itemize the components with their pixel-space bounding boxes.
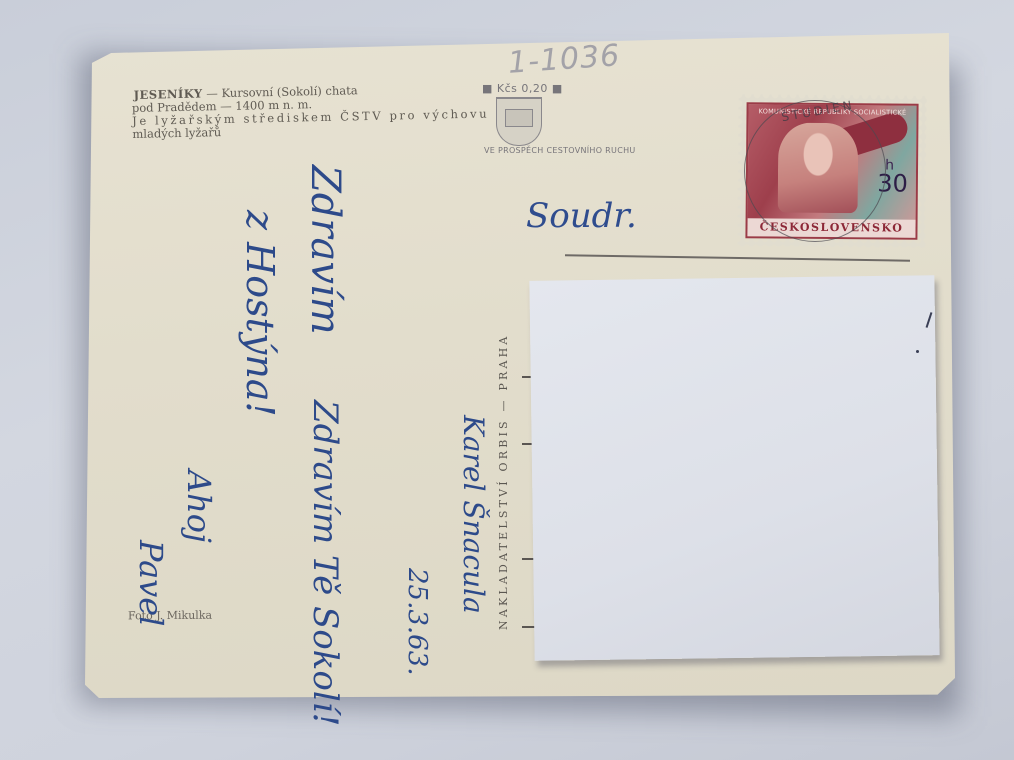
handwritten-line-2: z Hostýna!: [238, 210, 282, 417]
imprint-arc-text: VE PROSPĚCH CESTOVNÍHO RUCHU: [484, 146, 636, 155]
handwritten-line-1: Zdravím: [302, 165, 348, 335]
publisher-imprint: NAKLADATELSTVÍ ORBIS — PRAHA: [497, 333, 510, 630]
imprint-value: ■ Kčs 0,20 ■: [482, 82, 563, 95]
handwritten-signature-1: Ahoj: [180, 470, 218, 543]
printed-caption: JESENÍKY — Kursovní (Sokolí) chata pod P…: [131, 81, 512, 141]
handwritten-line-3: Zdravím Tě Sokolí!: [305, 400, 345, 726]
handwritten-date: 25.3.63.: [402, 568, 432, 676]
paper-cover: [529, 275, 939, 661]
handwritten-signature-2: Pavel: [132, 540, 170, 626]
shield-emblem-icon: [496, 97, 542, 146]
ink-dot: [916, 350, 919, 353]
handwritten-addressee: Soudr.: [526, 196, 637, 236]
handwritten-sender: Karel Šnacula: [457, 415, 490, 614]
postage-imprint: ■ Kčs 0,20 ■ VE PROSPĚCH CESTOVNÍHO RUCH…: [478, 82, 560, 162]
